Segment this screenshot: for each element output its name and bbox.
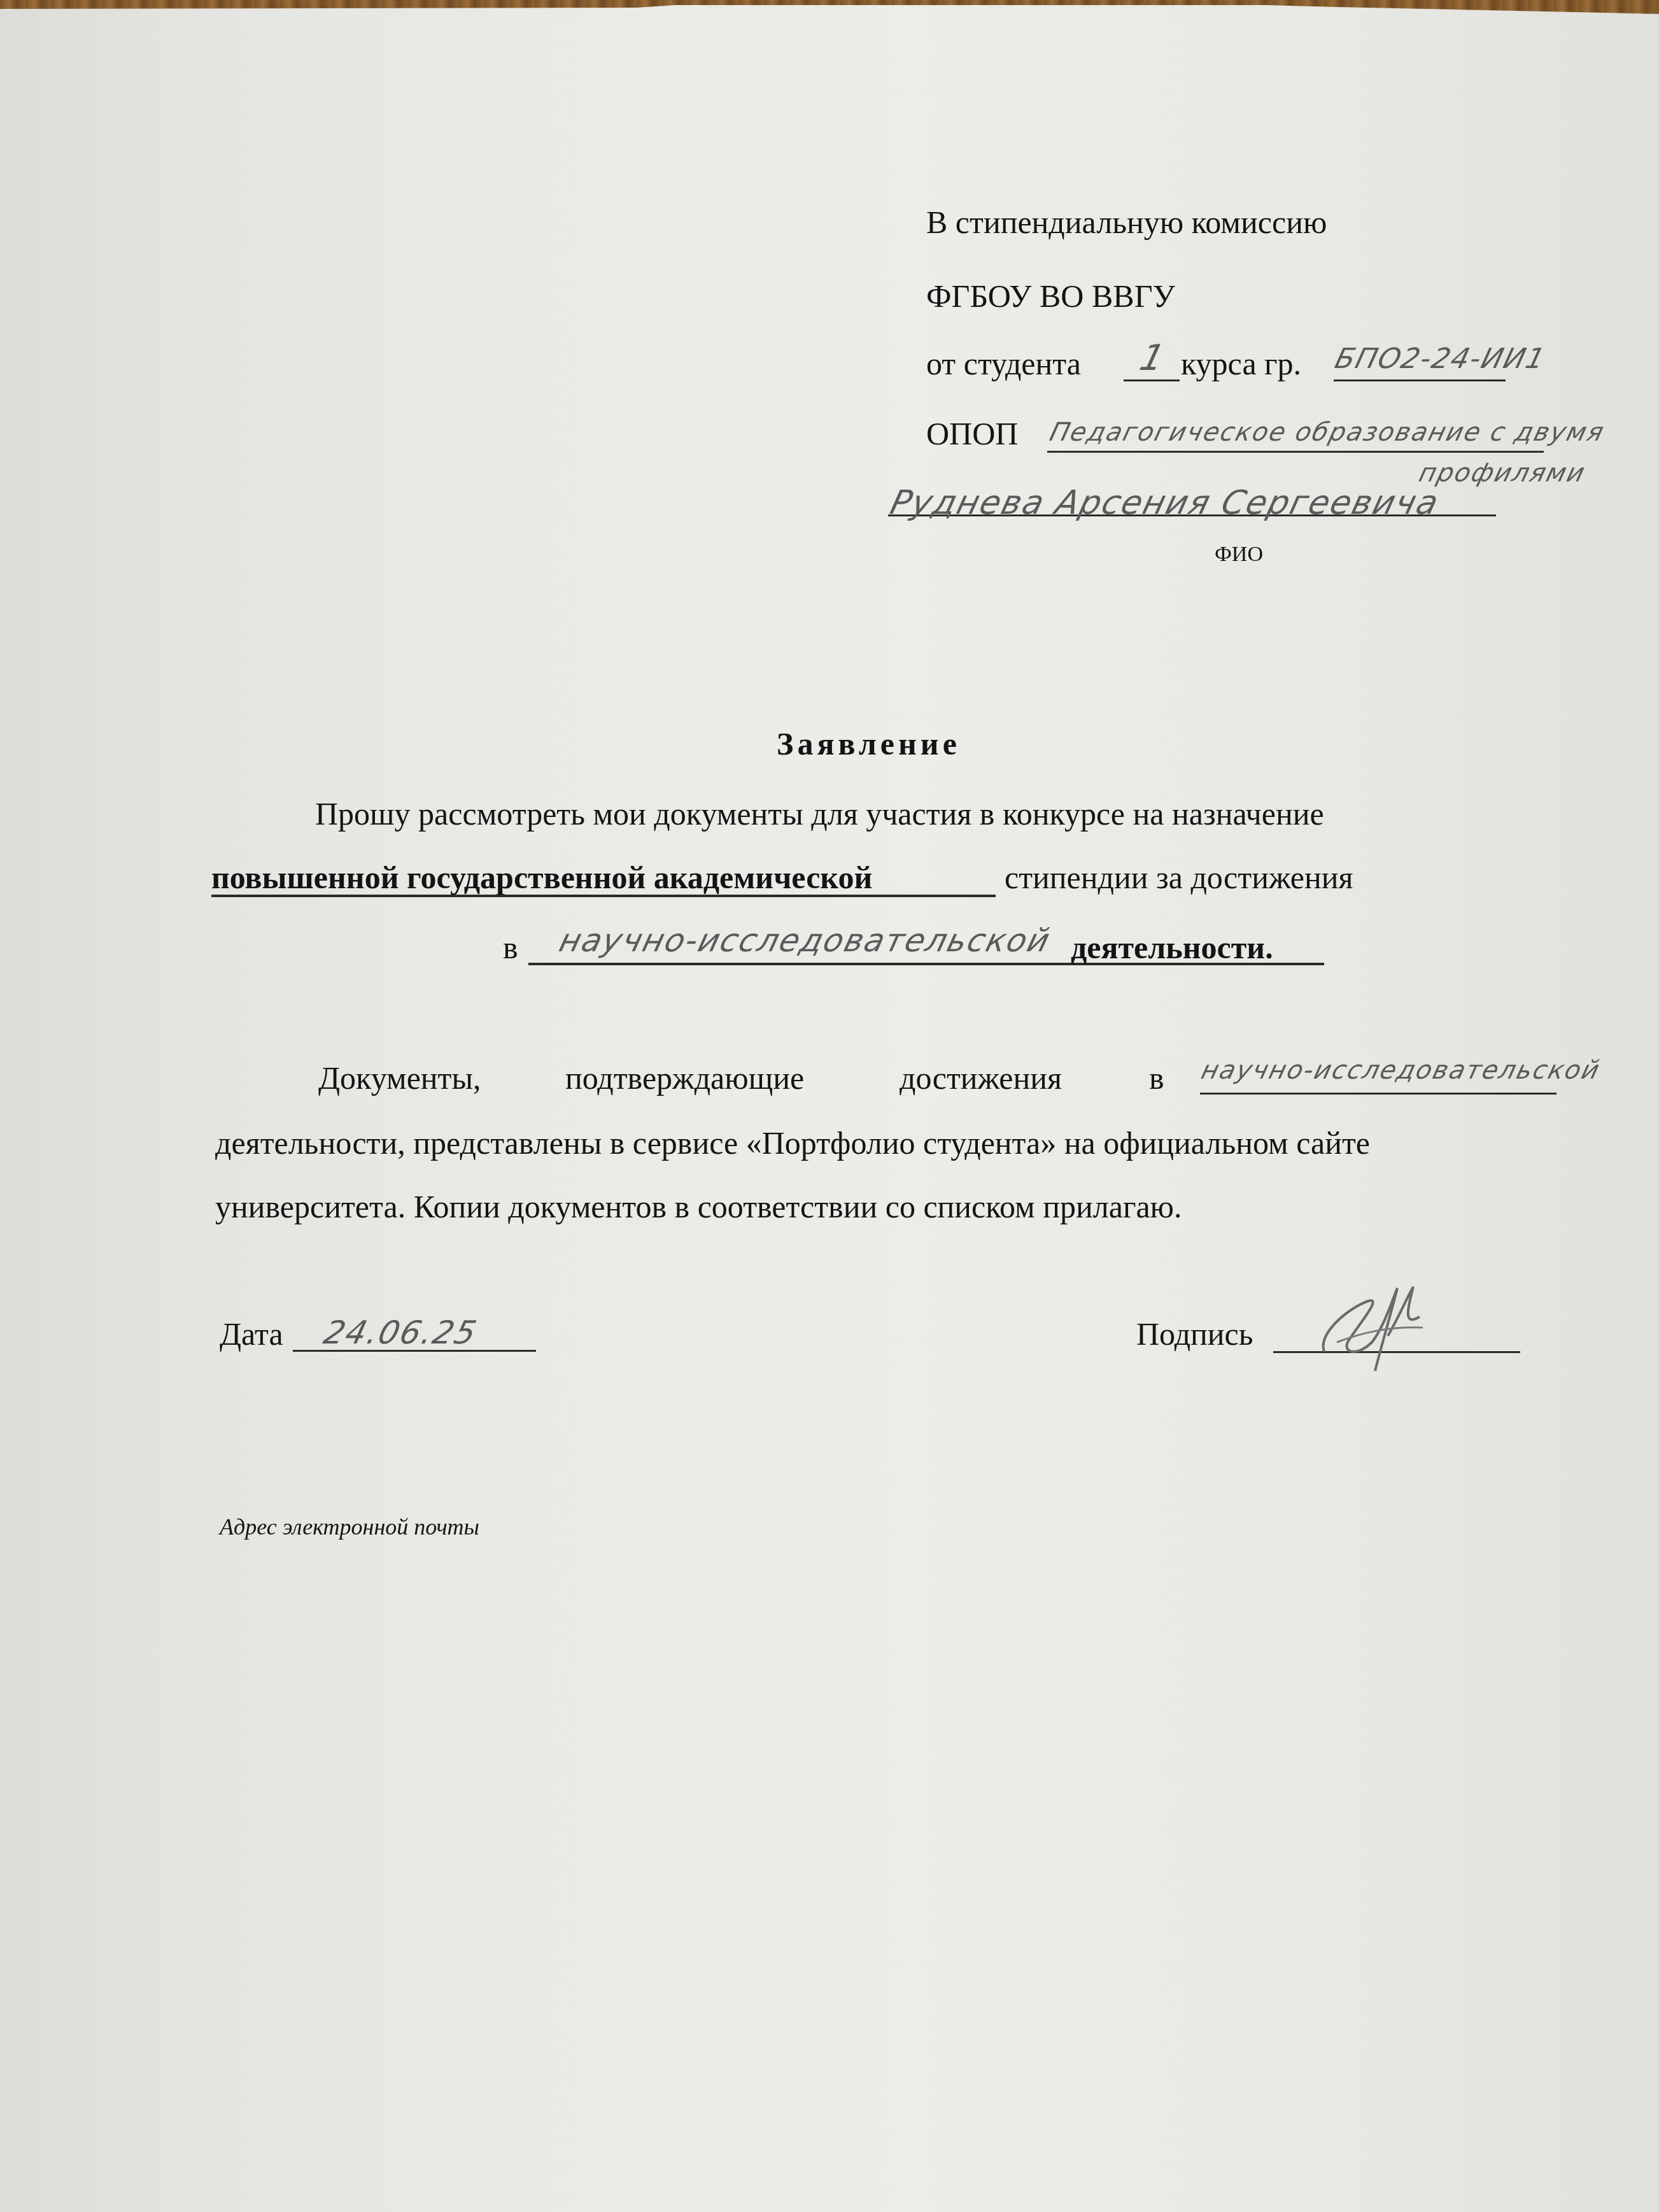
date-label: Дата — [220, 1318, 283, 1350]
scholarship-type-bold: повышенной государственной академической — [211, 861, 872, 893]
paragraph-1-line-3-prefix: в — [503, 932, 518, 963]
addressee-line-1: В стипендиальную комиссию — [926, 206, 1327, 238]
group-field-underline — [1334, 379, 1506, 381]
course-suffix-label: курса гр. — [1181, 348, 1301, 379]
paragraph-2-word-1: Документы, — [318, 1062, 481, 1094]
group-field-value[interactable]: БПО2-24-ИИ1 — [1332, 343, 1550, 375]
paragraph-2-line-3: университета. Копии документов в соответ… — [215, 1191, 1182, 1223]
document-title: Заявление — [777, 728, 961, 760]
activity-field-2-value[interactable]: научно-исследовательской — [1198, 1056, 1604, 1085]
opop-label: ОПОП — [926, 418, 1018, 450]
paragraph-1-line-3-suffix: деятельности. — [1071, 932, 1273, 963]
signature-label: Подпись — [1136, 1318, 1253, 1350]
paragraph-2-word-2: подтверждающие — [565, 1062, 804, 1094]
paragraph-1-line-1: Прошу рассмотреть мои документы для учас… — [315, 798, 1324, 830]
paragraph-1-line-2-rest: стипендии за достижения — [1005, 861, 1353, 893]
scholarship-type-underline — [211, 895, 996, 897]
activity-field-2-underline — [1200, 1093, 1557, 1095]
opop-field-underline — [1047, 451, 1544, 453]
date-field-value[interactable]: 24.06.25 — [320, 1314, 481, 1351]
paragraph-2-word-4: в — [1149, 1062, 1164, 1094]
course-field-value[interactable]: 1 — [1136, 337, 1170, 379]
application-form-sheet: В стипендиальную комиссию ФГБОУ ВО ВВГУ … — [0, 5, 1659, 2212]
paragraph-2-word-3: достижения — [900, 1062, 1062, 1094]
fio-caption: ФИО — [1215, 544, 1263, 565]
addressee-line-2: ФГБОУ ВО ВВГУ — [926, 280, 1175, 312]
fio-field-value[interactable]: Руднева Арсения Сергеевича — [887, 484, 1443, 522]
opop-field-value-line1[interactable]: Педагогическое образование с двумя — [1047, 418, 1607, 447]
signature-scribble-icon[interactable] — [1311, 1282, 1439, 1377]
course-field-underline — [1124, 379, 1180, 381]
paragraph-2-line-2: деятельности, представлены в сервисе «По… — [215, 1127, 1370, 1159]
activity-field-value[interactable]: научно-исследовательской — [556, 922, 1055, 959]
email-label: Адрес электронной почты — [220, 1515, 479, 1538]
student-prefix-label: от студента — [926, 348, 1081, 379]
